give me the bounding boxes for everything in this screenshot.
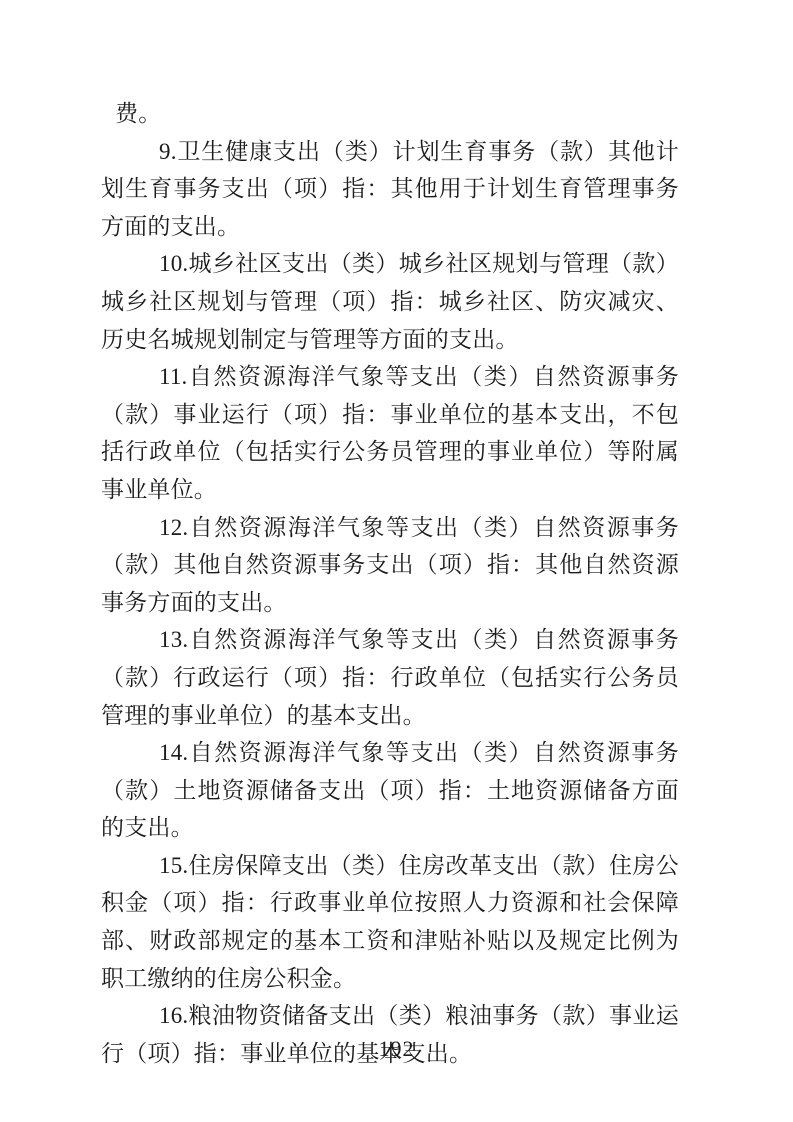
page-number: 192 [0,1036,793,1062]
paragraph: 9.卫生健康支出（类）计划生育事务（款）其他计划生育事务支出（项）指：其他用于计… [101,133,679,246]
paragraph: 13.自然资源海洋气象等支出（类）自然资源事务（款）行政运行（项）指：行政单位（… [101,621,679,734]
paragraph: 15.住房保障支出（类）住房改革支出（款）住房公积金（项）指：行政事业单位按照人… [101,847,679,997]
paragraph: 14.自然资源海洋气象等支出（类）自然资源事务（款）土地资源储备支出（项）指：土… [101,734,679,847]
document-page: 费。9.卫生健康支出（类）计划生育事务（款）其他计划生育事务支出（项）指：其他用… [0,0,793,1122]
paragraph: 12.自然资源海洋气象等支出（类）自然资源事务（款）其他自然资源事务支出（项）指… [101,509,679,622]
document-body: 费。9.卫生健康支出（类）计划生育事务（款）其他计划生育事务支出（项）指：其他用… [101,95,679,1072]
paragraph: 10.城乡社区支出（类）城乡社区规划与管理（款）城乡社区规划与管理（项）指：城乡… [101,245,679,358]
paragraph: 费。 [101,95,679,133]
paragraph: 11.自然资源海洋气象等支出（类）自然资源事务（款）事业运行（项）指：事业单位的… [101,358,679,508]
